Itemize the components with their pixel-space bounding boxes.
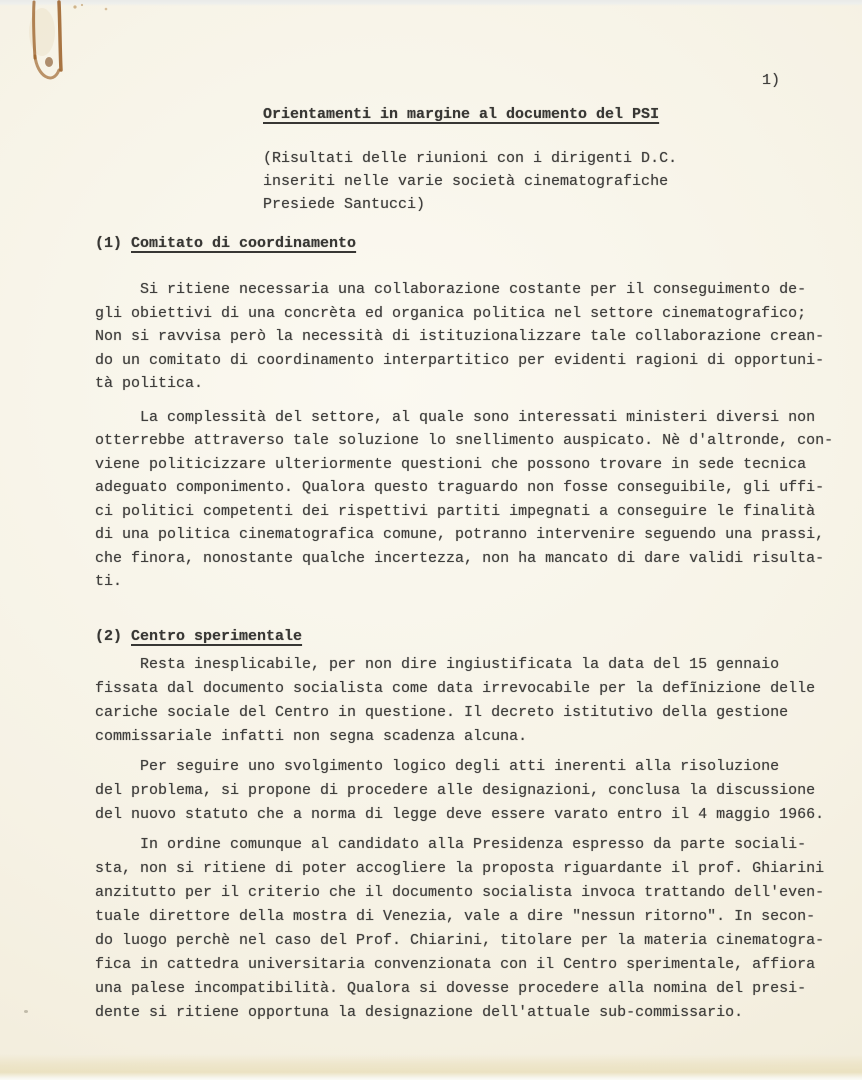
document-body: (1) Comitato di coordinamento Si ritiene… <box>95 232 840 1025</box>
text-line: fica in cattedra universitaria convenzio… <box>95 953 840 977</box>
document-header: Orientamenti in margine al documento del… <box>263 103 743 216</box>
paper-speck <box>24 1010 28 1013</box>
text-line: di una politica cinematografica comune, … <box>95 523 840 547</box>
scan-edge-bottom <box>0 1054 862 1080</box>
text-line: La complessità del settore, al quale son… <box>95 406 840 430</box>
subtitle-line: Presiede Santucci) <box>263 193 743 216</box>
paragraph: La complessità del settore, al quale son… <box>95 406 840 594</box>
section-number: (2) <box>95 628 131 645</box>
text-line: tuale direttore della mostra di Venezia,… <box>95 905 840 929</box>
text-line: Per seguire uno svolgimento logico degli… <box>95 755 840 779</box>
text-line: commissariale infatti non segna scadenza… <box>95 725 840 749</box>
text-line: adeguato componimento. Qualora questo tr… <box>95 476 840 500</box>
text-line: ci politici competenti dei rispettivi pa… <box>95 500 840 524</box>
paragraph: Si ritiene necessaria una collaborazione… <box>95 278 840 396</box>
text-line: otterrebbe attraverso tale soluzione lo … <box>95 429 840 453</box>
text-line: Resta inesplicabile, per non dire ingius… <box>95 653 840 677</box>
section-heading-text: Comitato di coordinamento <box>131 235 356 252</box>
page-number: 1) <box>762 69 780 92</box>
section-heading-text: Centro sperimentale <box>131 628 302 645</box>
text-line: do un comitato di coordinamento interpar… <box>95 349 840 373</box>
paragraph: In ordine comunque al candidato alla Pre… <box>95 833 840 1025</box>
paperclip-stain-icon <box>20 0 140 100</box>
text-line: ti. <box>95 570 840 594</box>
text-line: do luogo perchè nel caso del Prof. Chiar… <box>95 929 840 953</box>
text-line: del problema, si propone di procedere al… <box>95 779 840 803</box>
text-line: In ordine comunque al candidato alla Pre… <box>95 833 840 857</box>
text-line: dente si ritiene opportuna la designazio… <box>95 1001 840 1025</box>
text-line: Si ritiene necessaria una collaborazione… <box>95 278 840 302</box>
subtitle-line: (Risultati delle riunioni con i dirigent… <box>263 147 743 170</box>
document-subtitle: (Risultati delle riunioni con i dirigent… <box>263 147 743 216</box>
document-title: Orientamenti in margine al documento del… <box>263 103 743 126</box>
scanned-document-page: 1) Orientamenti in margine al documento … <box>0 0 862 1080</box>
text-line: che finora, nonostante qualche incertezz… <box>95 547 840 571</box>
text-line: Non si ravvisa però la necessità di isti… <box>95 325 840 349</box>
section-number: (1) <box>95 235 131 252</box>
paragraph: Per seguire uno svolgimento logico degli… <box>95 755 840 827</box>
section-heading: (1) Comitato di coordinamento <box>95 232 840 255</box>
section-heading: (2) Centro sperimentale <box>95 625 840 648</box>
text-line: fissata dal documento socialista come da… <box>95 677 840 701</box>
text-line: gli obiettivi di una concrèta ed organic… <box>95 302 840 326</box>
text-line: una palese incompatibilità. Qualora si d… <box>95 977 840 1001</box>
text-line: anzitutto per il criterio che il documen… <box>95 881 840 905</box>
text-line: cariche sociale del Centro in questione.… <box>95 701 840 725</box>
paragraph: Resta inesplicabile, per non dire ingius… <box>95 653 840 749</box>
section-1: (1) Comitato di coordinamento Si ritiene… <box>95 232 840 594</box>
text-line: del nuovo statuto che a norma di legge d… <box>95 803 840 827</box>
text-line: tà politica. <box>95 372 840 396</box>
text-line: sta, non si ritiene di poter accogliere … <box>95 857 840 881</box>
section-2: (2) Centro sperimentale Resta inesplicab… <box>95 625 840 1025</box>
text-line: viene politicizzare ulteriormente questi… <box>95 453 840 477</box>
subtitle-line: inseriti nelle varie società cinematogra… <box>263 170 743 193</box>
